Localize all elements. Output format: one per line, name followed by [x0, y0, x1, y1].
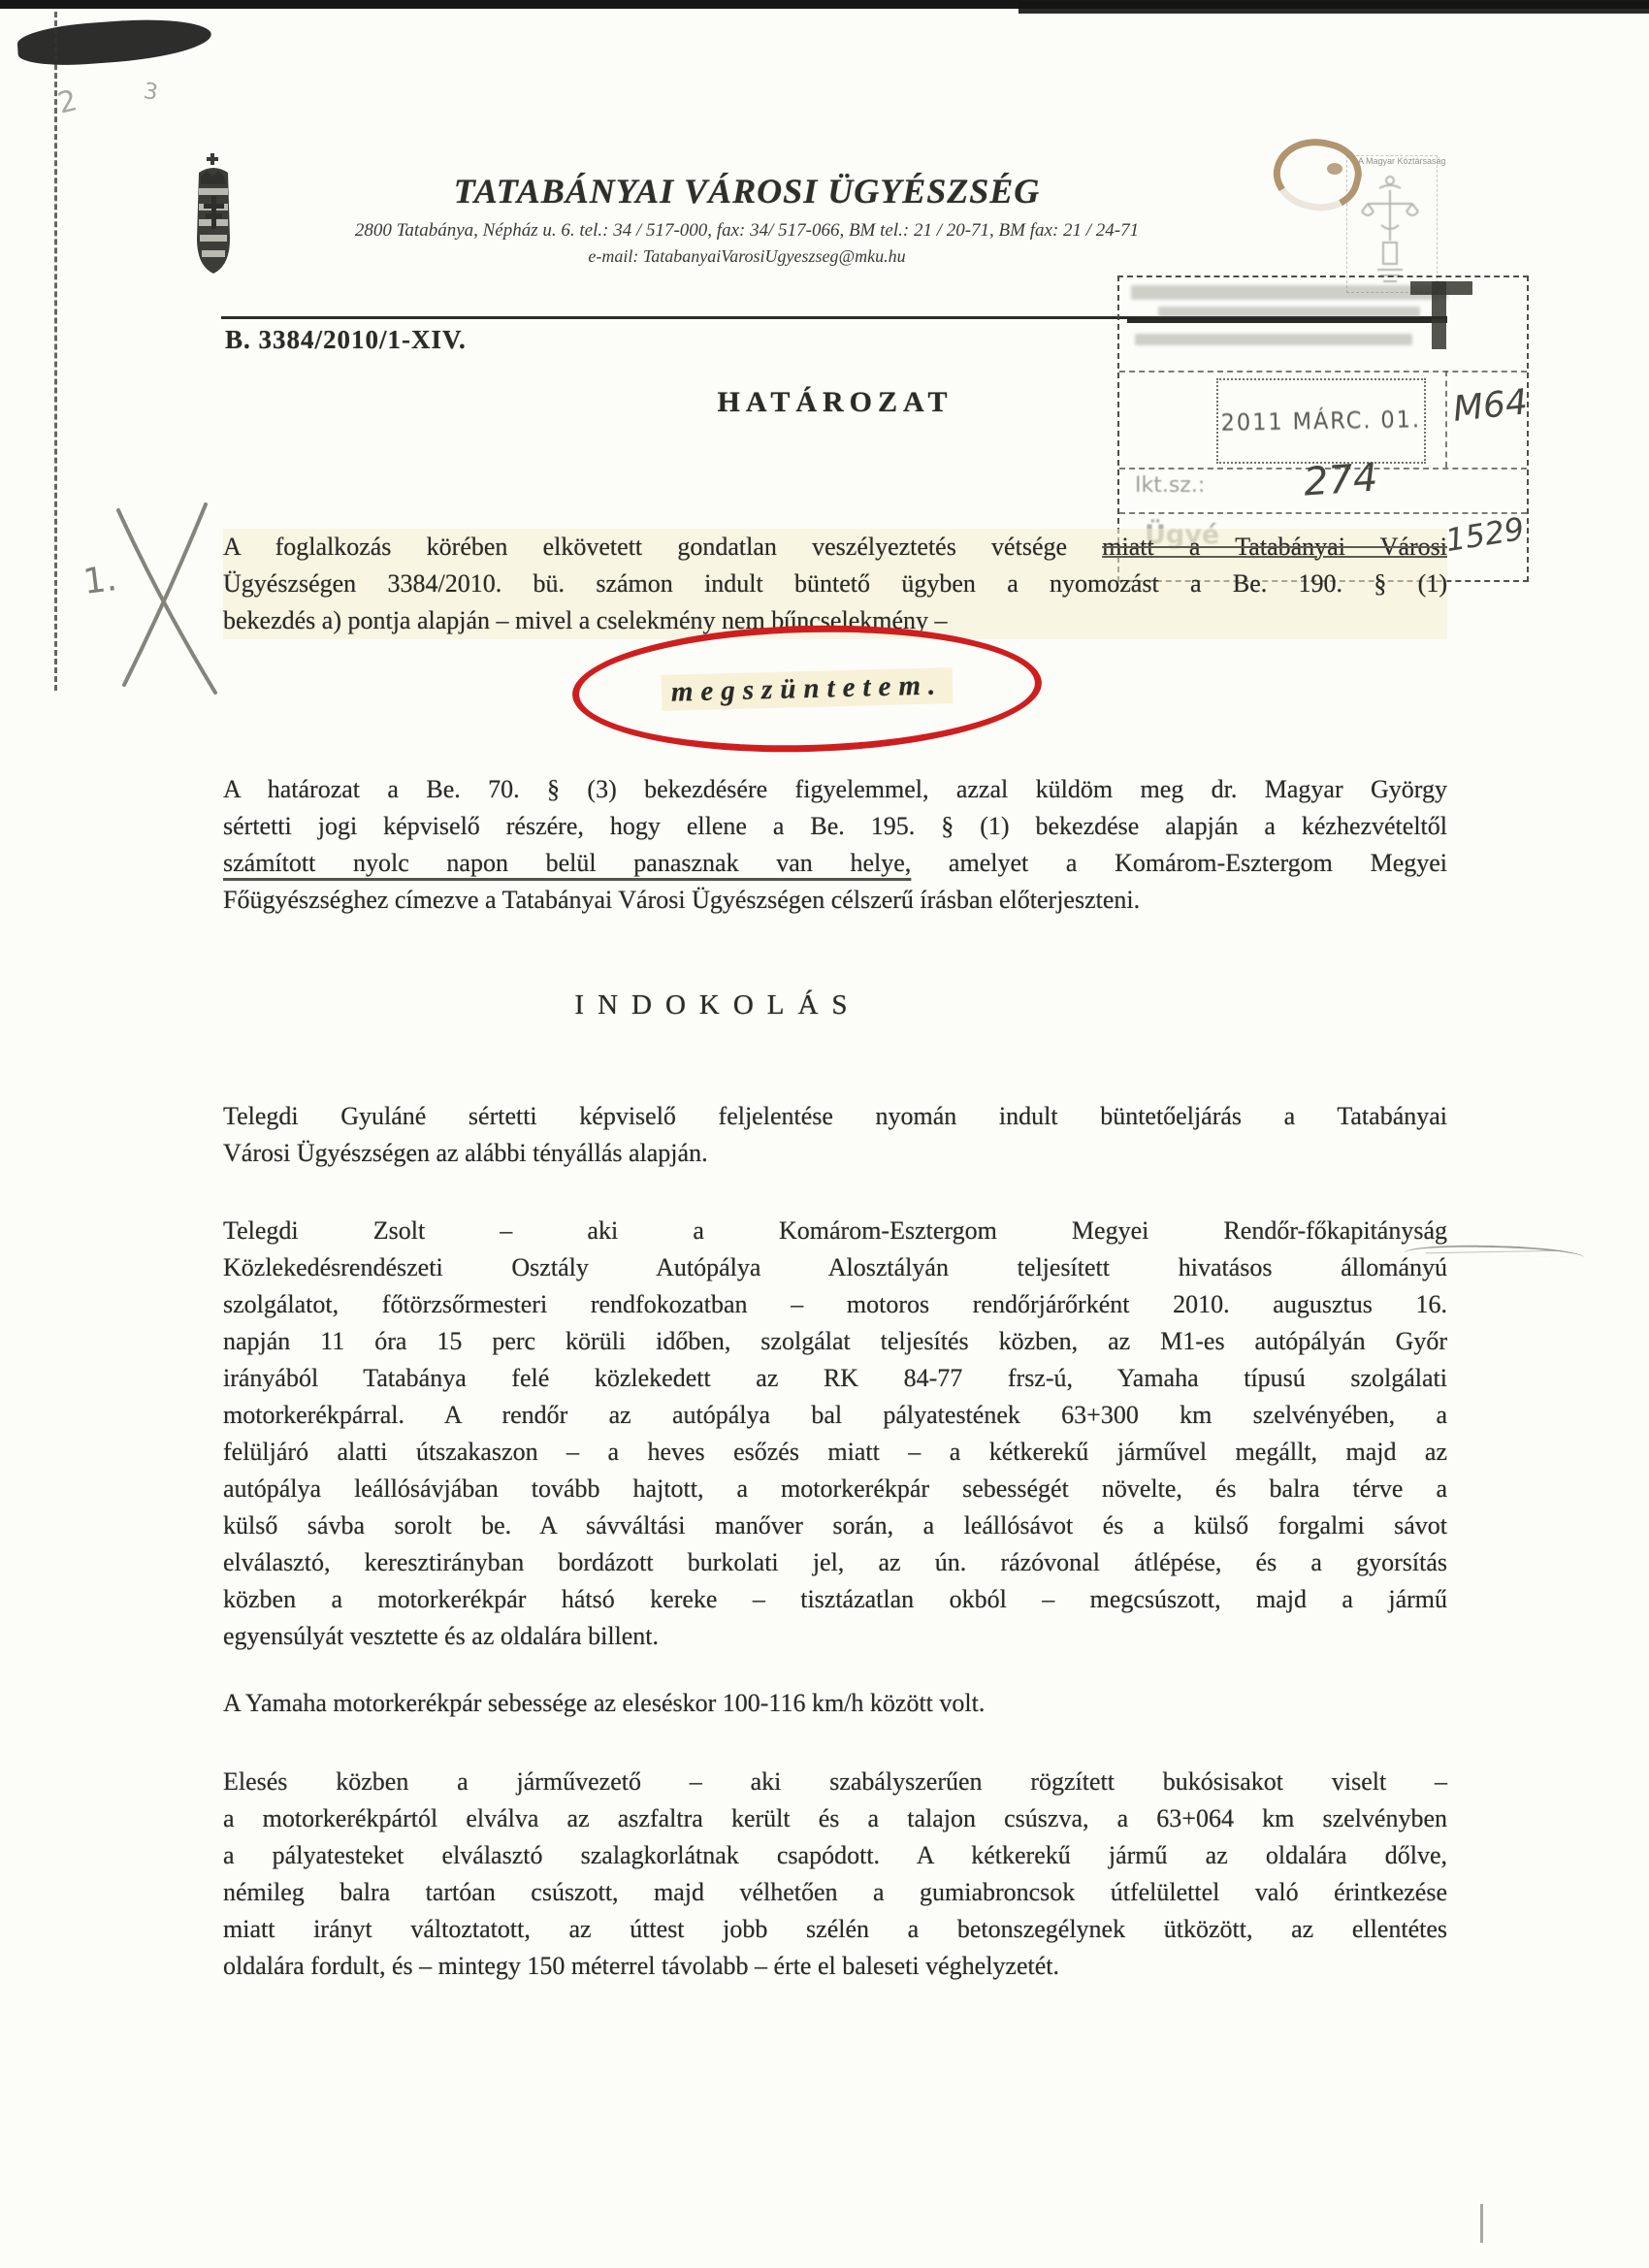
- stamp-date: 2011 MÁRC. 01.: [1221, 405, 1422, 437]
- margin-x-mark: [101, 502, 232, 701]
- complaint-paragraph: Telegdi Gyuláné sértetti képviselő felje…: [223, 1098, 1447, 1172]
- pencil-squiggle: 3: [142, 79, 160, 106]
- text-line: némileg balra tartóan csúszott, majd vél…: [223, 1874, 1447, 1911]
- text-line: A foglalkozás körében elkövetett gondatl…: [223, 529, 1447, 566]
- operative-word: megszüntetem.: [661, 667, 953, 711]
- speed-paragraph: A Yamaha motorkerékpár sebessége az eles…: [223, 1685, 1447, 1722]
- stamp-smudge-row: [1131, 285, 1447, 300]
- scan-corner-smudge: [16, 15, 212, 69]
- text-line: egyensúlyát vesztette és az oldalára bil…: [223, 1618, 1447, 1655]
- coat-of-arms-icon: [191, 151, 236, 277]
- org-address: 2800 Tatabánya, Népház u. 6. tel.: 34 / …: [242, 220, 1251, 242]
- text-line: oldalára fordult, és – mintegy 150 méter…: [223, 1948, 1447, 1985]
- reasoning-heading: INDOKOLÁS: [223, 989, 1212, 1021]
- stamp-ikt-label: Ikt.sz.:: [1135, 473, 1205, 498]
- stamp-case-number: 1529: [1443, 510, 1527, 559]
- margin-pencil-dash: [1426, 1250, 1562, 1259]
- scan-corner-smudge-right: [1018, 2, 1649, 14]
- text-segment: A foglalkozás körében elkövetett gondatl…: [223, 533, 1102, 561]
- text-line: motorkerékpárral. A rendőr az autópálya …: [223, 1397, 1447, 1434]
- scanned-document-page: 2 3 TATABÁNYAI VÁROSI ÜGYÉSZSÉG 2800 Tat…: [0, 0, 1649, 2268]
- text-line: elválasztó, keresztirányban bordázott bu…: [223, 1544, 1447, 1581]
- stamp-t-mark: [1432, 281, 1446, 349]
- stamp-separator: [1445, 371, 1447, 468]
- text-line: Elesés közben a járművezető – aki szabál…: [223, 1764, 1447, 1800]
- text-line: irányából Tatabánya felé közlekedett az …: [223, 1360, 1447, 1397]
- text-line: autópálya leállósávjában tovább hajtott,…: [223, 1471, 1447, 1507]
- text-segment: számított nyolc napon belül panasznak va…: [223, 849, 911, 877]
- text-line: külső sávba sorolt be. A sávváltási manő…: [223, 1507, 1447, 1544]
- emphasis-ellipse: megszüntetem.: [570, 620, 1043, 759]
- text-line: felüljáró alatti útszakaszon – a heves e…: [223, 1434, 1447, 1471]
- text-line: a pályatesteket elválasztó szalagkorlátn…: [223, 1837, 1447, 1874]
- text-line: Városi Ügyészségen az alábbi tényállás a…: [223, 1135, 1447, 1172]
- text-line: napján 11 óra 15 perc körüli időben, szo…: [223, 1323, 1447, 1360]
- text-line: szolgálatot, főtörzsőrmesteri rendfokoza…: [223, 1286, 1447, 1323]
- facts-paragraph: Telegdi Zsolt – aki a Komárom-Esztergom …: [223, 1213, 1447, 1655]
- text-line: Telegdi Gyuláné sértetti képviselő felje…: [223, 1098, 1447, 1135]
- text-line: Telegdi Zsolt – aki a Komárom-Esztergom …: [223, 1213, 1447, 1249]
- seal-caption: A Magyar Köztársaság: [1358, 156, 1446, 166]
- text-line: közben a motorkerékpár hátsó kereke – ti…: [223, 1581, 1447, 1618]
- stamp-separator: [1119, 371, 1527, 373]
- appeal-paragraph: A határozat a Be. 70. § (3) bekezdésére …: [223, 771, 1447, 919]
- stamp-handwritten-initials: M64: [1451, 382, 1530, 430]
- stamp-smudge-row: [1135, 334, 1412, 345]
- text-segment: amelyet a Komárom-Esztergom Megyei: [911, 849, 1447, 877]
- org-name: TATABÁNYAI VÁROSI ÜGYÉSZSÉG: [242, 171, 1251, 211]
- text-line: a motorkerékpártól elválva az aszfaltra …: [223, 1800, 1447, 1837]
- scan-bottom-tick: [1480, 2204, 1483, 2243]
- stamp-date-cell: 2011 MÁRC. 01.: [1216, 378, 1426, 464]
- text-line: Közlekedésrendészeti Osztály Autópálya A…: [223, 1249, 1447, 1286]
- reference-number: B. 3384/2010/1-XIV.: [225, 325, 467, 355]
- stamp-ikt-number: 274: [1302, 455, 1378, 504]
- justice-seal-icon: [1356, 173, 1424, 287]
- crash-paragraph: Elesés közben a járművezető – aki szabál…: [223, 1764, 1447, 1985]
- text-line: A határozat a Be. 70. § (3) bekezdésére …: [223, 771, 1447, 808]
- pencil-squiggle: 2: [54, 83, 81, 121]
- text-line: Ügyészségen 3384/2010. bü. számon indult…: [223, 566, 1447, 602]
- stamp-separator: [1119, 512, 1527, 514]
- scan-left-dashed-line: [54, 12, 57, 691]
- text-line: sértetti jogi képviselő részére, hogy el…: [223, 808, 1447, 845]
- operative-intro-paragraph: A foglalkozás körében elkövetett gondatl…: [223, 529, 1447, 639]
- stamp-smudge-row: [1158, 307, 1420, 317]
- text-segment: miatt a Tatabányai Városi: [1102, 533, 1447, 561]
- org-email: e-mail: TatabanyaiVarosiUgyeszseg@mku.hu: [242, 246, 1251, 267]
- text-line: Főügyészséghez címezve a Tatabányai Váro…: [223, 882, 1447, 919]
- stamp-heavy-line: [1127, 318, 1447, 323]
- text-line: számított nyolc napon belül panasznak va…: [223, 845, 1447, 882]
- text-line: miatt irányt változtatott, az úttest job…: [223, 1911, 1447, 1948]
- coffee-stain-dot: [1327, 163, 1342, 175]
